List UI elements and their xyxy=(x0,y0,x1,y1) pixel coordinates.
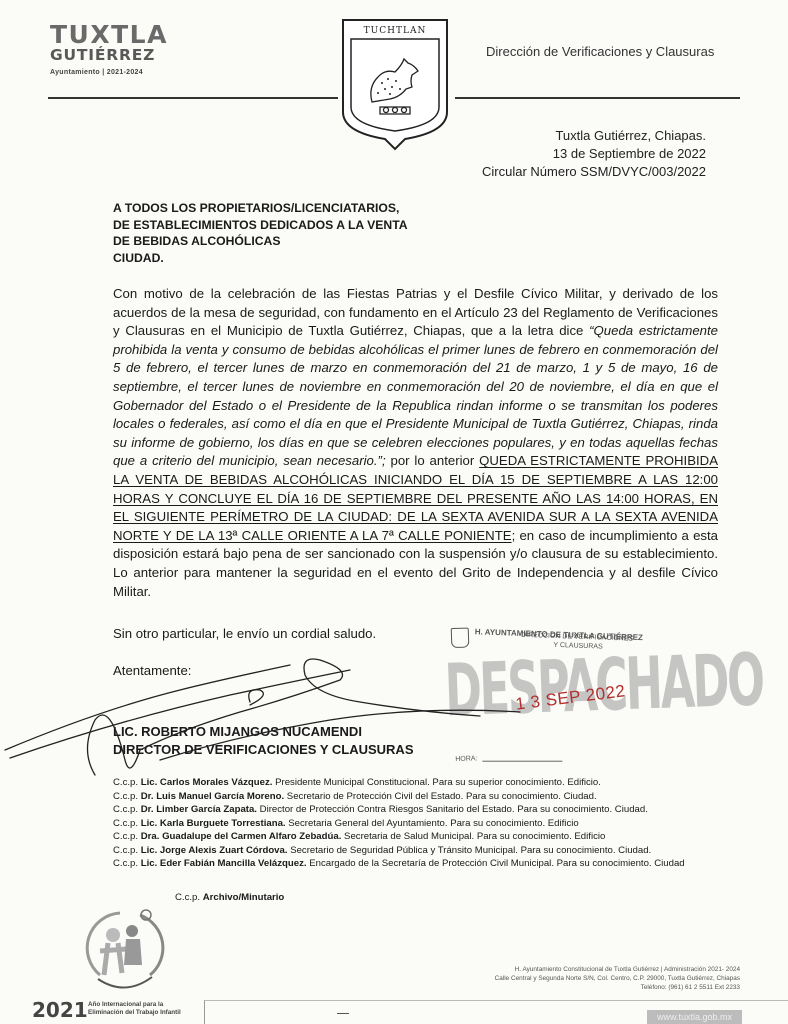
signer-name: LIC. ROBERTO MIJANGOS NUCAMENDI xyxy=(113,723,362,741)
year-badge: 2021 xyxy=(32,1000,88,1020)
cc-name: Lic. Carlos Morales Vázquez. xyxy=(141,777,273,788)
closing-greeting: Sin otro particular, le envío un cordial… xyxy=(113,626,376,641)
stamp-hora-label: HORA: xyxy=(455,755,477,763)
footer-address: H. Ayuntamiento Constitucional de Tuxtla… xyxy=(495,965,740,992)
logo-gutierrez: GUTIÉRREZ xyxy=(50,48,155,64)
svg-text:TUCHTLAN: TUCHTLAN xyxy=(364,26,427,36)
regulation-quote: “Queda estrictamente prohibida la venta … xyxy=(113,323,718,468)
recipient-line: DE BEBIDAS ALCOHÓLICAS xyxy=(113,233,408,250)
footer-dash xyxy=(337,1013,349,1014)
tuchtlan-crest-icon: TUCHTLAN xyxy=(340,17,450,152)
cc-item: C.c.p. Dr. Limber García Zapata. Directo… xyxy=(113,803,723,817)
cc-desc: Presidente Municipal Constitucional. Par… xyxy=(272,777,600,788)
sign-off: Atentamente: xyxy=(113,663,191,678)
logo-tuxtla: TUXTLA xyxy=(50,22,168,47)
year-caption: Año Internacional para la Eliminación de… xyxy=(88,1001,181,1017)
circular-number: Circular Número SSM/DVYC/003/2022 xyxy=(482,163,706,181)
cc-item: C.c.p. Lic. Carlos Morales Vázquez. Pres… xyxy=(113,776,723,790)
cc-list: C.c.p. Lic. Carlos Morales Vázquez. Pres… xyxy=(113,776,723,871)
cc-item: C.c.p. Dr. Luis Manuel García Moreno. Se… xyxy=(113,790,723,804)
stamp-shield-icon xyxy=(451,627,470,648)
cc-desc: Secretario de Seguridad Pública y Tránsi… xyxy=(288,845,652,856)
recipient-line: CIUDAD. xyxy=(113,250,408,267)
cc-desc: Secretario de Protección Civil del Estad… xyxy=(284,791,597,802)
body-paragraph: Con motivo de la celebración de las Fies… xyxy=(113,285,718,601)
letter-meta: Tuxtla Gutiérrez, Chiapas. 13 de Septiem… xyxy=(482,127,706,181)
place-line: Tuxtla Gutiérrez, Chiapas. xyxy=(482,127,706,145)
cc-item: C.c.p. Lic. Karla Burguete Torrestiana. … xyxy=(113,817,723,831)
cc-name: Dr. Limber García Zapata. xyxy=(141,804,257,815)
cc-item: C.c.p. Lic. Jorge Alexis Zuart Córdova. … xyxy=(113,844,723,858)
header-rule-left xyxy=(48,97,338,99)
recipient-line: A TODOS LOS PROPIETARIOS/LICENCIATARIOS, xyxy=(113,200,408,217)
recipient-block: A TODOS LOS PROPIETARIOS/LICENCIATARIOS,… xyxy=(113,200,408,266)
cc-name: Lic. Eder Fabián Mancilla Velázquez. xyxy=(141,858,307,869)
cc-desc: Secretaria General del Ayuntamiento. Par… xyxy=(286,818,579,829)
header-rule-right xyxy=(455,97,740,99)
logo-caption: Ayuntamiento | 2021-2024 xyxy=(50,69,143,76)
cc-name: Dr. Luis Manuel García Moreno. xyxy=(141,791,284,802)
received-stamp: H. AYUNTAMIENTO DE TUXTLA GUTIÉRREZ DIRE… xyxy=(443,618,698,767)
child-labor-free-logo-icon xyxy=(80,905,170,995)
cc-desc: Encargado de la Secretaría de Protección… xyxy=(307,858,685,869)
stamp-hora-line xyxy=(482,761,562,762)
cc-name: Lic. Karla Burguete Torrestiana. xyxy=(141,818,286,829)
cc-name: Dra. Guadalupe del Carmen Alfaro Zebadúa… xyxy=(141,831,342,842)
date-line: 13 de Septiembre de 2022 xyxy=(482,145,706,163)
website-link[interactable]: www.tuxtla.gob.mx xyxy=(647,1010,742,1024)
signer-title: DIRECTOR DE VERIFICACIONES Y CLAUSURAS xyxy=(113,741,414,759)
cc-desc: Director de Protección Contra Riesgos Sa… xyxy=(257,804,648,815)
department-title: Dirección de Verificaciones y Clausuras xyxy=(486,44,714,59)
cc-desc: Secretaria de Salud Municipal. Para su c… xyxy=(341,831,605,842)
body-connector: por lo anterior xyxy=(386,453,480,468)
cc-item: C.c.p. Lic. Eder Fabián Mancilla Velázqu… xyxy=(113,857,723,871)
cc-archive: C.c.p. Archivo/Minutario xyxy=(175,892,284,903)
cc-name: Lic. Jorge Alexis Zuart Córdova. xyxy=(141,845,288,856)
recipient-line: DE ESTABLECIMIENTOS DEDICADOS A LA VENTA xyxy=(113,217,408,234)
cc-item: C.c.p. Dra. Guadalupe del Carmen Alfaro … xyxy=(113,830,723,844)
